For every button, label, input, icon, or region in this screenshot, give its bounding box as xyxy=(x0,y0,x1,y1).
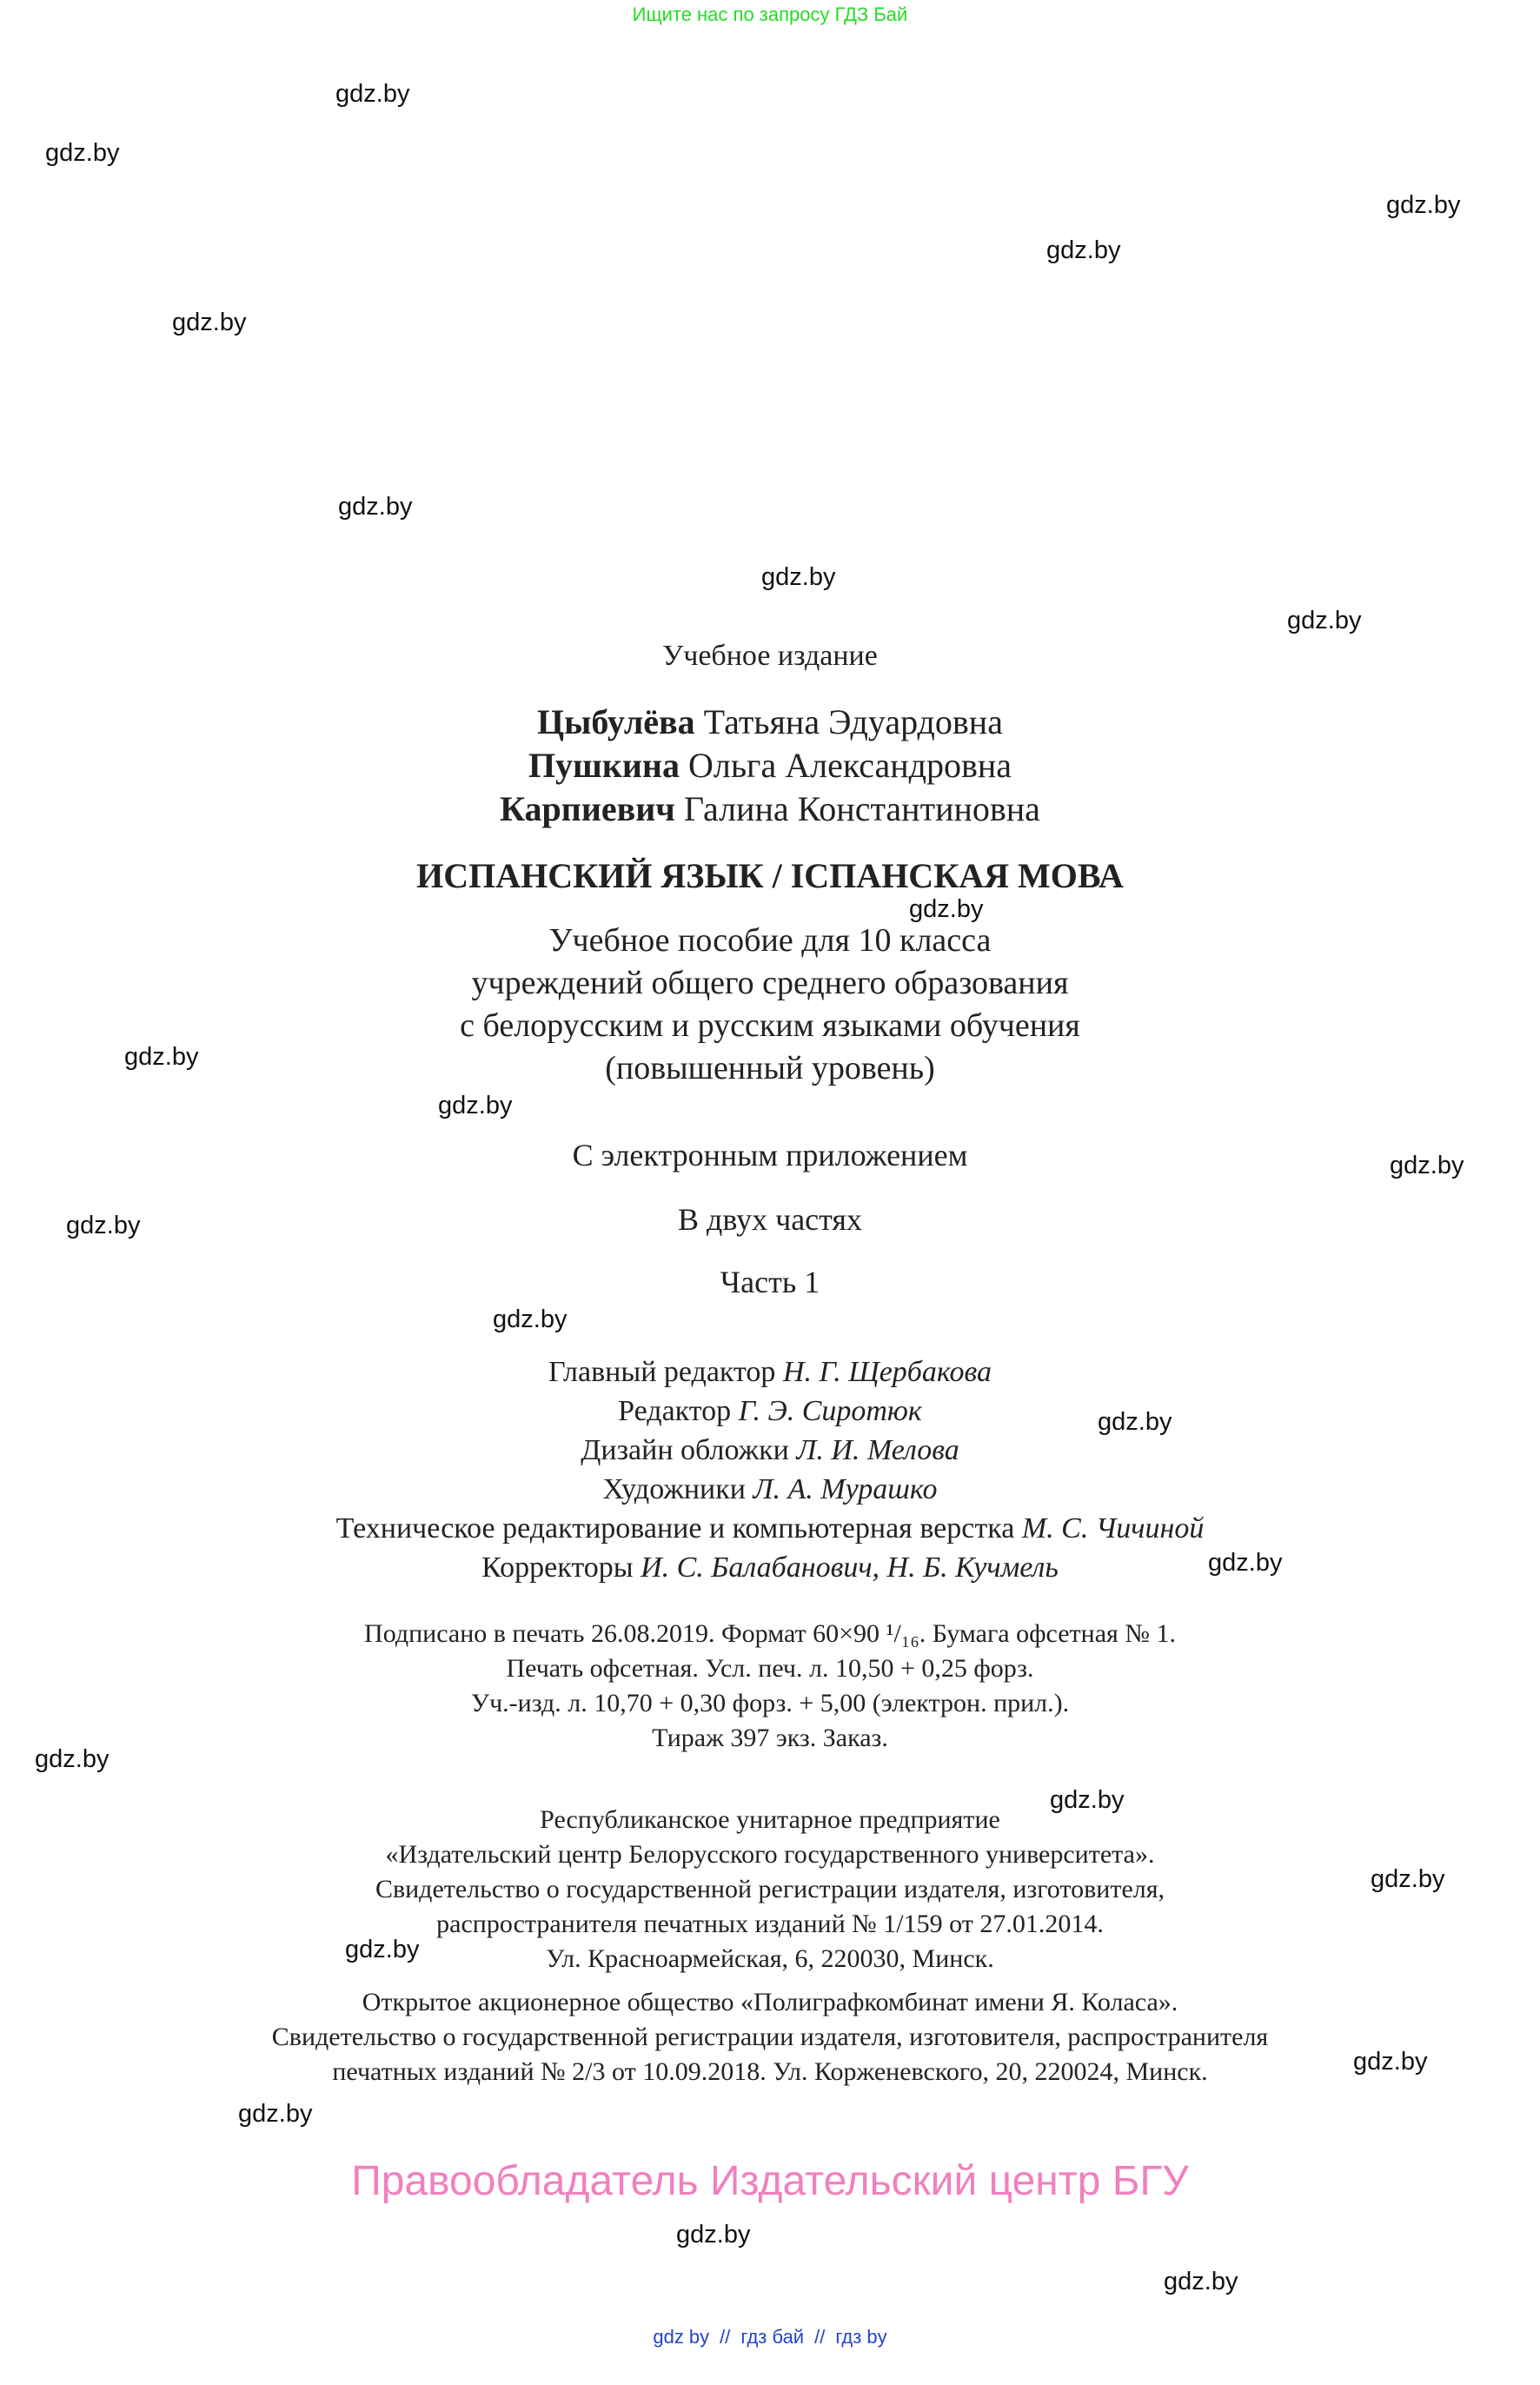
print-info: Подписано в печать 26.08.2019. Формат 60… xyxy=(0,1617,1540,1756)
watermark: gdz.by xyxy=(1164,2268,1238,2296)
print-info-line: Уч.-изд. л. 10,70 + 0,30 форз. + 5,00 (э… xyxy=(0,1686,1540,1721)
subtitle-line: с белорусским и русским языками обучения xyxy=(0,1005,1540,1047)
footer-link-gdz-by-mixed[interactable]: гдз by xyxy=(835,2326,886,2348)
publisher-info: Республиканское унитарное предприятие «И… xyxy=(0,1803,1540,1976)
publisher-line: «Издательский центр Белорусского государ… xyxy=(0,1837,1540,1872)
publisher-line: распространителя печатных изданий № 1/15… xyxy=(0,1907,1540,1942)
print-info-line: Тираж 397 экз. Заказ. xyxy=(0,1721,1540,1756)
printer-info: Открытое акционерное общество «Полиграфк… xyxy=(0,1985,1540,2089)
watermark: gdz.by xyxy=(45,139,119,168)
watermark: gdz.by xyxy=(338,493,412,522)
watermark: gdz.by xyxy=(493,1305,567,1334)
rights-holder: Правообладатель Издательский центр БГУ xyxy=(0,2157,1540,2205)
watermark: gdz.by xyxy=(1386,191,1460,220)
footer-link-gdz-by[interactable]: gdz by xyxy=(653,2326,709,2348)
footer-separator: // xyxy=(720,2326,730,2348)
watermark: gdz.by xyxy=(172,309,246,337)
edition-type: Учебное издание xyxy=(0,640,1540,673)
author-line: Карпиевич Галина Константиновна xyxy=(0,787,1540,831)
watermark: gdz.by xyxy=(335,80,409,109)
staff-line: Техническое редактирование и компьютерна… xyxy=(0,1509,1540,1548)
supplement-note: С электронным приложением xyxy=(0,1137,1540,1173)
authors-block: Цыбулёва Татьяна Эдуардовна Пушкина Ольг… xyxy=(0,701,1540,831)
staff-line: Корректоры И. С. Балабанович, Н. Б. Кучм… xyxy=(0,1548,1540,1587)
staff-credits: Главный редактор Н. Г. Щербакова Редакто… xyxy=(0,1352,1540,1587)
footer-separator: // xyxy=(814,2326,825,2348)
book-title: ИСПАНСКИЙ ЯЗЫК / ІСПАНСКАЯ МОВА xyxy=(0,855,1540,896)
subtitle-line: учреждений общего среднего образования xyxy=(0,962,1540,1005)
watermark: gdz.by xyxy=(1287,607,1361,635)
print-info-line: Печать офсетная. Усл. печ. л. 10,50 + 0,… xyxy=(0,1651,1540,1686)
author-line: Цыбулёва Татьяна Эдуардовна xyxy=(0,701,1540,744)
top-banner: Ищите нас по запросу ГДЗ Бай xyxy=(0,3,1540,26)
author-line: Пушкина Ольга Александровна xyxy=(0,744,1540,787)
book-subtitle: Учебное пособие для 10 класса учреждений… xyxy=(0,920,1540,1090)
watermark: gdz.by xyxy=(1046,236,1120,265)
watermark: gdz.by xyxy=(761,563,835,592)
print-info-line: Подписано в печать 26.08.2019. Формат 60… xyxy=(0,1617,1540,1651)
publisher-line: Республиканское унитарное предприятие xyxy=(0,1803,1540,1837)
staff-line: Главный редактор Н. Г. Щербакова xyxy=(0,1352,1540,1392)
subtitle-line: Учебное пособие для 10 класса xyxy=(0,920,1540,962)
staff-line: Художники Л. А. Мурашко xyxy=(0,1470,1540,1509)
staff-line: Редактор Г. Э. Сиротюк xyxy=(0,1392,1540,1431)
printer-line: Открытое акционерное общество «Полиграфк… xyxy=(0,1985,1540,2020)
staff-line: Дизайн обложки Л. И. Мелова xyxy=(0,1431,1540,1470)
subtitle-line: (повышенный уровень) xyxy=(0,1047,1540,1090)
publisher-line: Свидетельство о государственной регистра… xyxy=(0,1872,1540,1907)
watermark: gdz.by xyxy=(676,2221,750,2249)
footer-links: gdz by//гдз бай//гдз by xyxy=(0,2326,1540,2348)
printer-line: печатных изданий № 2/3 от 10.09.2018. Ул… xyxy=(0,2055,1540,2089)
printer-line: Свидетельство о государственной регистра… xyxy=(0,2020,1540,2055)
watermark: gdz.by xyxy=(438,1092,512,1120)
footer-link-gdz-bai[interactable]: гдз бай xyxy=(740,2326,804,2348)
publisher-line: Ул. Красноармейская, 6, 220030, Минск. xyxy=(0,1942,1540,1976)
parts-note: В двух частях xyxy=(0,1201,1540,1238)
part-number: Часть 1 xyxy=(0,1264,1540,1300)
watermark: gdz.by xyxy=(238,2100,312,2129)
